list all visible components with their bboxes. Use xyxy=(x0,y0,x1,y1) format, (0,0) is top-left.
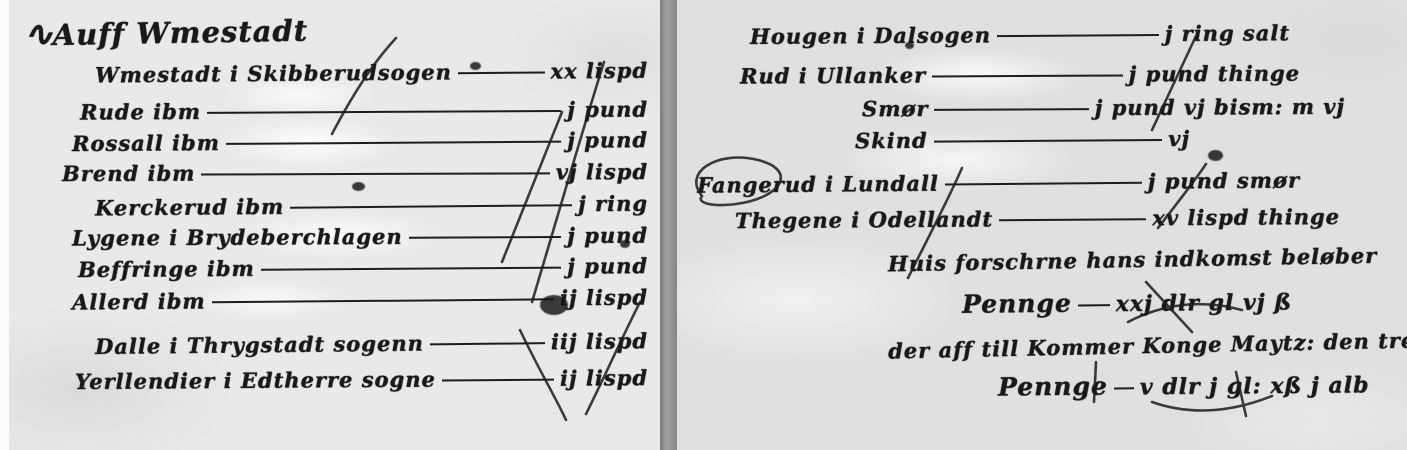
entry-label: Rud i Ullanker xyxy=(740,62,926,88)
entry-value: j pund xyxy=(567,253,648,279)
ledger-row: Fangerud i Lundall j pund smør xyxy=(697,167,1300,197)
entry-value: vj xyxy=(1168,126,1190,151)
entry-label: Hougen i Dalsogen xyxy=(750,22,991,49)
entry-value: xv lispd thinge xyxy=(1152,204,1340,230)
entry-label: Wmestadt i Skibberudsogen xyxy=(95,59,452,87)
page-gutter xyxy=(660,0,677,450)
leader-line xyxy=(934,108,1088,111)
ledger-row: Kerckerud ibm j ring xyxy=(95,191,648,221)
entry-value: j pund xyxy=(567,222,648,247)
entry-label: Dalle i Thrygstadt sogenn xyxy=(95,330,424,358)
ledger-row: Rud i Ullanker j pund thinge xyxy=(740,61,1300,89)
entry-label: Thegene i Odellandt xyxy=(735,206,993,233)
entry-value: j ring salt xyxy=(1165,20,1290,46)
ledger-row: Hougen i Dalsogen j ring salt xyxy=(750,20,1290,49)
entry-value: ij lispd xyxy=(560,365,648,391)
leader-line xyxy=(207,110,561,114)
leader-line xyxy=(458,71,545,74)
ink-blot xyxy=(620,240,630,248)
leader-line xyxy=(201,172,549,175)
ink-blot xyxy=(540,295,568,315)
entry-label: Kerckerud ibm xyxy=(95,194,284,221)
heading-flourish: ∿ xyxy=(24,14,51,54)
ledger-row: Smør j pund vj bism: m vj xyxy=(862,94,1345,122)
ink-blot xyxy=(905,42,914,49)
penninge-label: Pennge xyxy=(962,289,1072,319)
entry-value: j pund thinge xyxy=(1129,61,1301,87)
entry-value: j pund xyxy=(567,97,648,122)
ledger-row: Beffringe ibm j pund xyxy=(78,253,648,282)
entry-label: Smør xyxy=(862,96,929,121)
leader-line xyxy=(212,298,554,303)
penninge-value: v dlr j gl: xß j alb xyxy=(1140,372,1370,400)
entry-label: Yerllendier i Edtherre sogne xyxy=(75,366,436,394)
leader-line xyxy=(409,236,562,239)
ledger-row: Skind vj xyxy=(855,126,1190,153)
ledger-row: Wmestadt i Skibberudsogen xx lispd xyxy=(95,58,648,88)
leader-line xyxy=(997,34,1159,37)
leader-line xyxy=(430,342,545,345)
ledger-row: Yerllendier i Edtherre sogne ij lispd xyxy=(75,365,648,394)
ledger-row: Rude ibm j pund xyxy=(80,97,648,125)
entry-value: j pund smør xyxy=(1148,167,1300,193)
entry-label: Rude ibm xyxy=(80,99,201,125)
entry-label: Lygene i Brydeberchlagen xyxy=(72,224,403,251)
penninge-row-total: Pennge xxj dlr gl vj ß xyxy=(962,286,1292,318)
heading-text: Auff Wmestadt xyxy=(52,14,308,52)
entry-label: Fangerud i Lundall xyxy=(697,171,939,198)
entry-label: Skind xyxy=(855,128,928,154)
leader-line xyxy=(1078,304,1110,306)
ledger-row: Rossall ibm j pund xyxy=(72,127,648,156)
manuscript-scan: ∿Auff Wmestadt Wmestadt i Skibberudsogen… xyxy=(0,0,1407,450)
leader-line xyxy=(932,74,1122,77)
entry-value: j pund xyxy=(567,127,648,153)
ink-blot xyxy=(470,62,481,70)
entry-label: Allerd ibm xyxy=(72,288,206,314)
leader-line xyxy=(442,379,554,382)
leader-line xyxy=(290,204,572,208)
entry-label: Rossall ibm xyxy=(72,130,220,156)
penninge-label: Pennge xyxy=(998,372,1108,402)
entry-value: vj lispd xyxy=(556,159,648,184)
leader-line xyxy=(945,182,1142,186)
ink-blot xyxy=(1208,150,1223,161)
entry-label: Beffringe ibm xyxy=(78,256,255,282)
entry-value: j ring xyxy=(578,191,648,217)
leader-line xyxy=(261,267,561,271)
leader-line xyxy=(934,139,1163,143)
leader-line xyxy=(226,141,561,145)
entry-value: iij lispd xyxy=(551,328,648,354)
leader-line xyxy=(1114,387,1134,389)
entry-value: ij lispd xyxy=(560,284,648,310)
penninge-row-crown: Pennge v dlr j gl: xß j alb xyxy=(998,370,1333,402)
entry-value: j pund vj bism: m vj xyxy=(1095,94,1345,120)
penninge-value: xxj dlr gl vj ß xyxy=(1116,289,1293,317)
entry-value: xx lispd xyxy=(550,58,648,84)
ink-blot xyxy=(352,182,365,191)
leader-line xyxy=(999,218,1146,221)
ledger-row: Lygene i Brydeberchlagen j pund xyxy=(72,222,648,250)
ledger-row: Thegene i Odellandt xv lispd thinge xyxy=(735,204,1340,233)
entry-label: Brend ibm xyxy=(62,161,195,186)
page-heading: ∿Auff Wmestadt xyxy=(24,10,309,55)
